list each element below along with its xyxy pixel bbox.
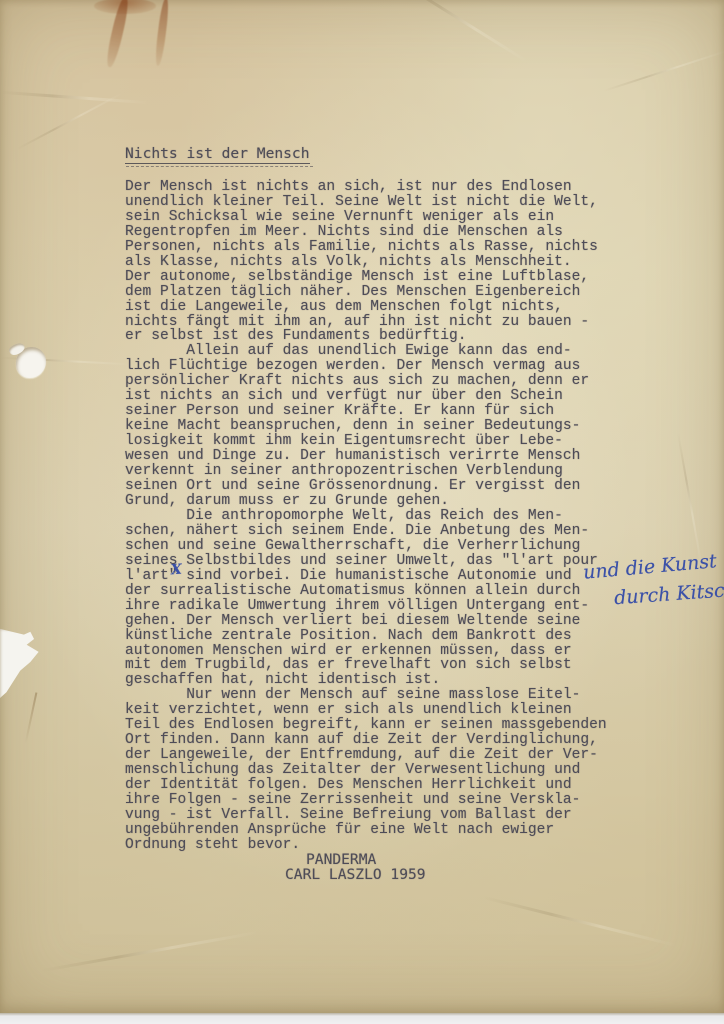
crease-line <box>391 0 528 63</box>
paragraph-3: Die anthropomorphe Welt, das Reich des M… <box>125 509 665 688</box>
document-title: Nichts ist der Mensch <box>125 147 310 164</box>
crease-line <box>17 92 124 150</box>
crease-line <box>603 50 724 92</box>
ink-stain <box>94 0 156 14</box>
paper-sheet: Nichts ist der Mensch Der Mensch ist nic… <box>0 0 724 1013</box>
crease-line <box>0 91 150 104</box>
crease-line <box>0 357 130 366</box>
ink-stain-streak <box>104 0 131 68</box>
paper-crack <box>25 692 38 743</box>
signature-author-year: CARL LASZLO 1959 <box>125 868 665 883</box>
scanner-background <box>0 1013 724 1024</box>
paper-tear-hole <box>16 347 46 378</box>
scanned-document: Nichts ist der Mensch Der Mensch ist nic… <box>0 0 724 1024</box>
paragraph-2: Allein auf das unendlich Ewige kann das … <box>125 344 665 508</box>
crease-line <box>41 931 258 972</box>
ink-stain-streak <box>154 0 170 66</box>
crease-line <box>483 896 678 947</box>
paragraph-4: Nur wenn der Mensch auf seine masslose E… <box>125 688 665 852</box>
paper-tear-edge <box>0 626 46 698</box>
crease-line <box>677 432 703 570</box>
paragraph-1: Der Mensch ist nichts an sich, ist nur d… <box>125 180 665 344</box>
typed-text-block: Nichts ist der Mensch Der Mensch ist nic… <box>125 147 665 883</box>
